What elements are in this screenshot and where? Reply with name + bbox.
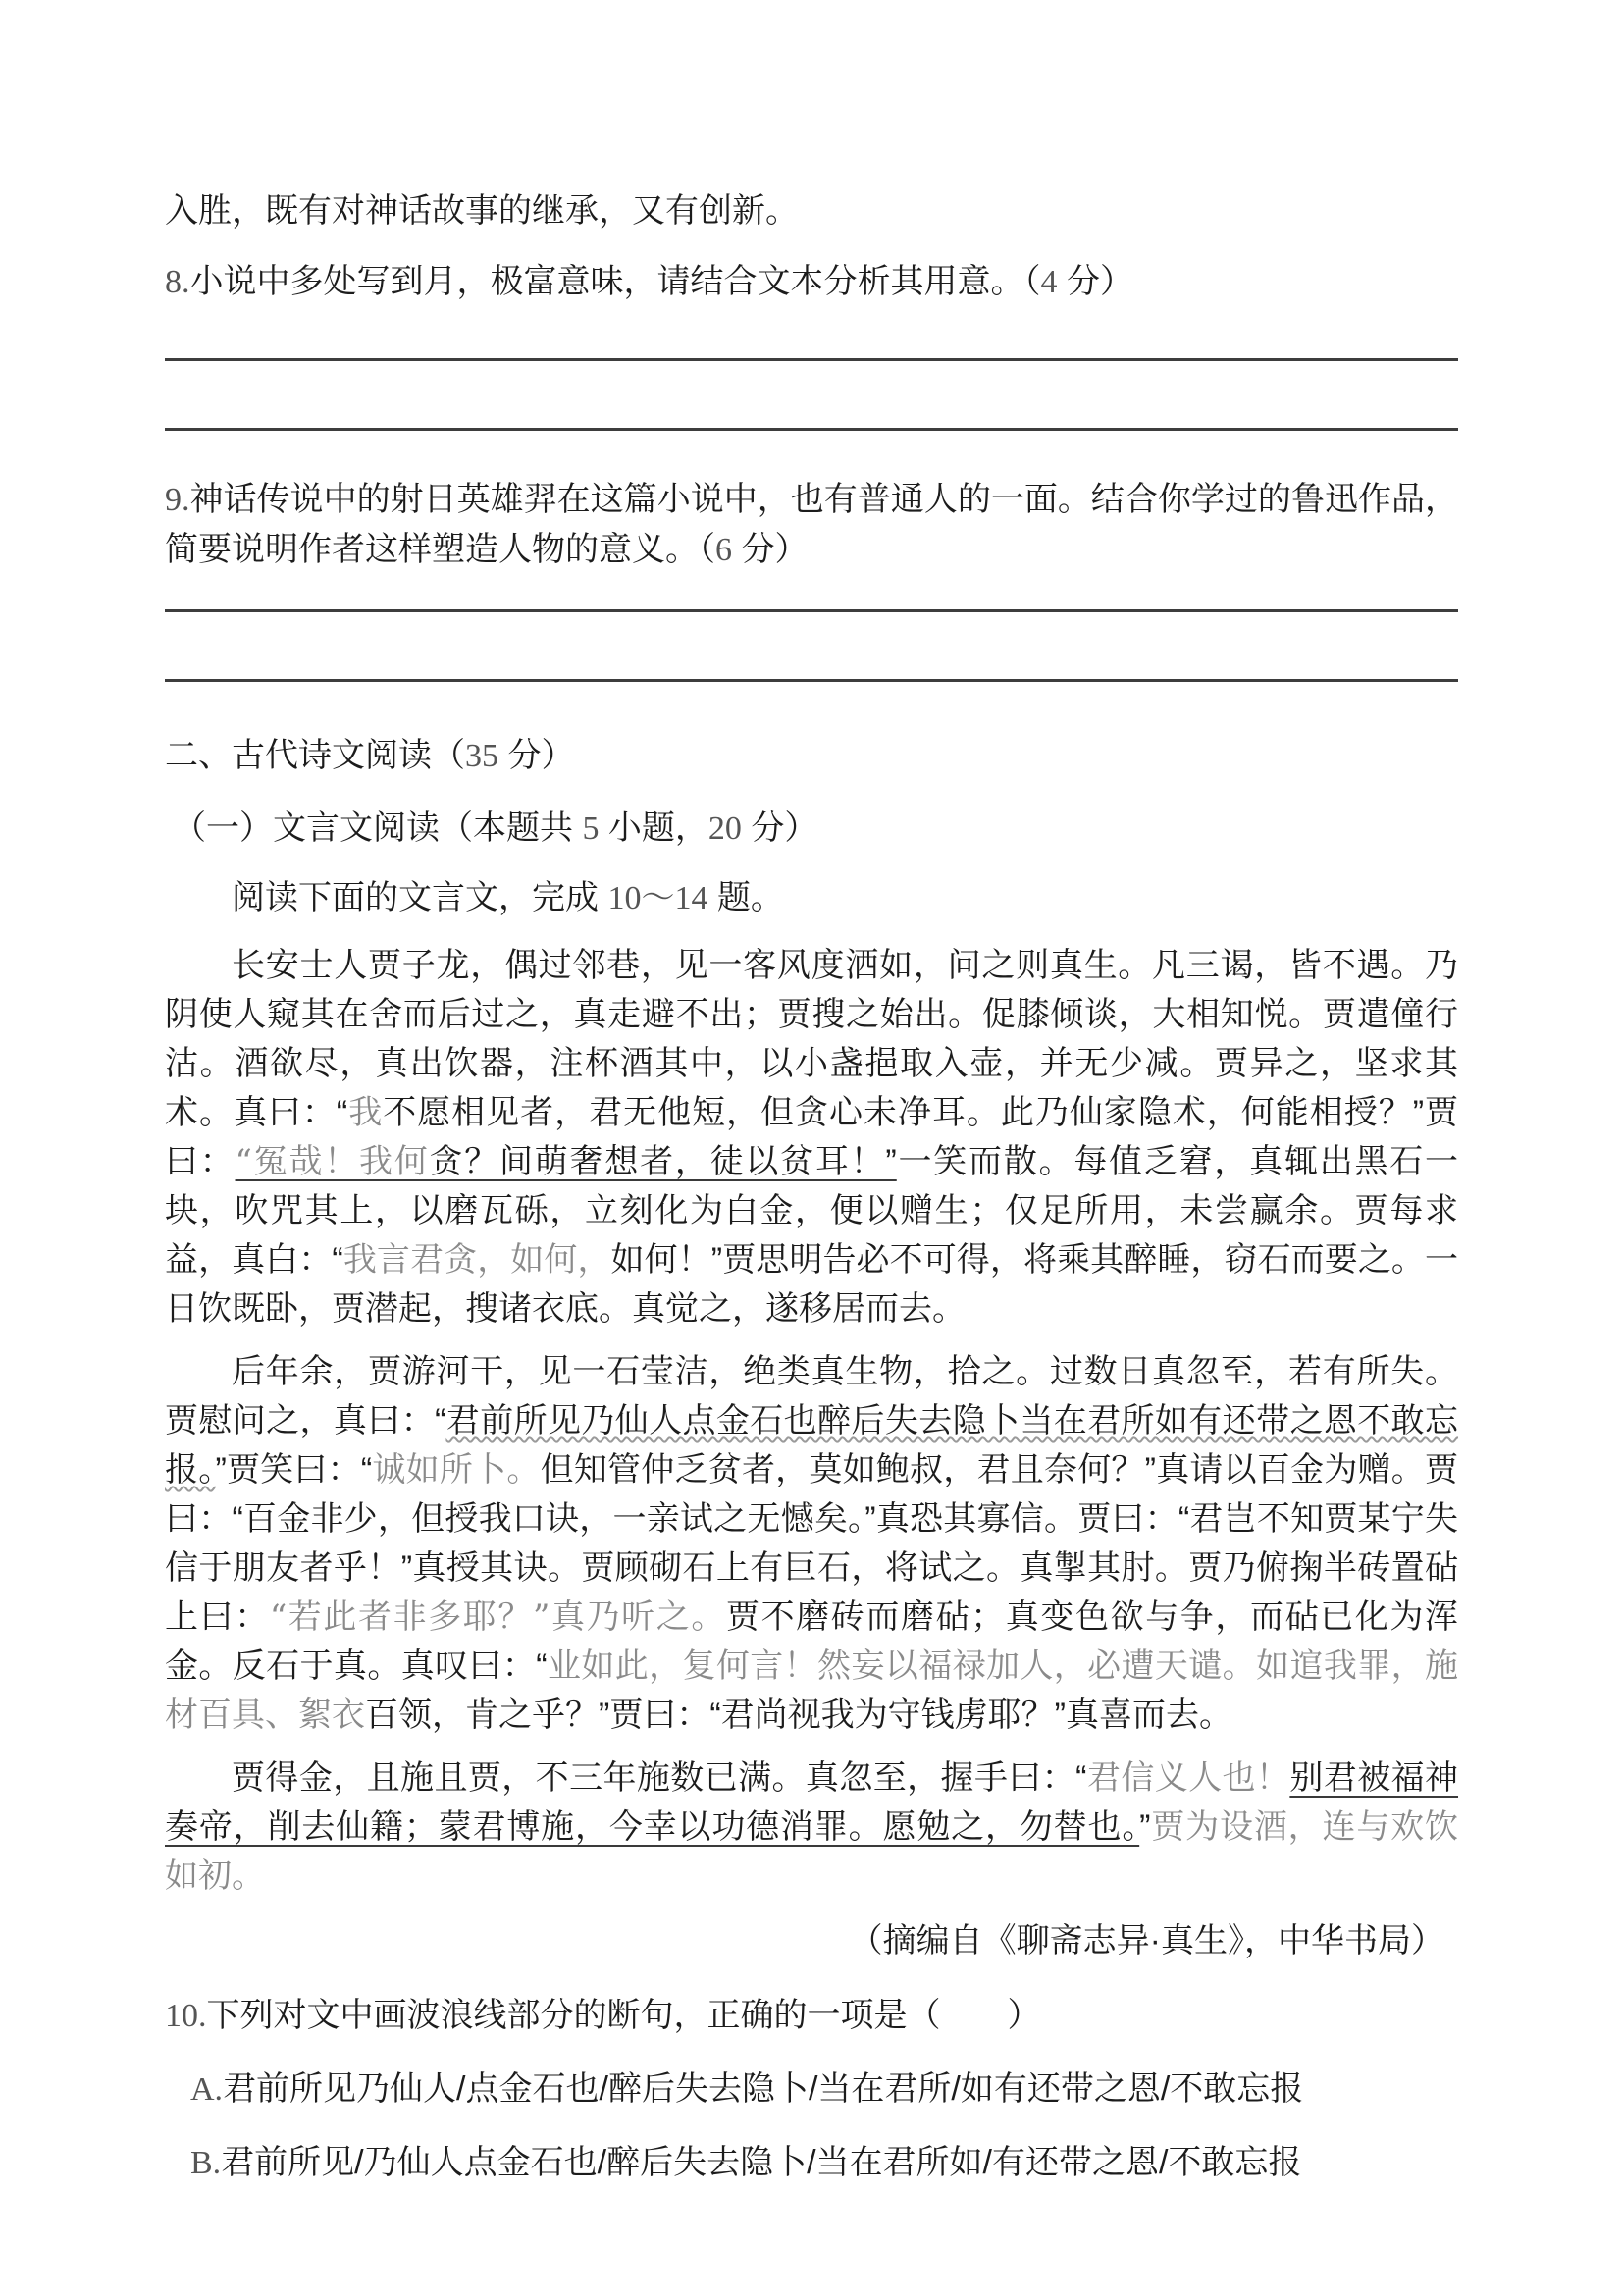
answer-line — [165, 358, 1458, 361]
passage-source: （摘编自《聊斋志异·真生》，中华书局） — [165, 1916, 1458, 1965]
question-10-option-a: A.君前所见乃仙人/点金石也/醉后失去隐卜/当在君所/如有还带之恩/不敢忘报 — [165, 2064, 1458, 2114]
text-run: 君信义人也！ — [1087, 1758, 1290, 1798]
text-run: 4 — [1041, 264, 1058, 300]
text-run: 35 — [465, 738, 498, 774]
text-run: 9. — [165, 482, 190, 518]
answer-line — [165, 428, 1458, 431]
passage-paragraph-3: 贾得金，且施且贾，不三年施数已满。真忽至，握手曰：“君信义人也！别君被福神奏帝，… — [165, 1753, 1458, 1901]
text-run: 10～14 — [607, 880, 707, 916]
text-run: 阅读下面的文言文，完成 — [232, 879, 607, 916]
text-run: 8. — [165, 264, 190, 300]
text-run: 入胜，既有对神话故事的继承，又有创新。 — [165, 192, 799, 230]
passage-paragraph-2: 后年余，贾游河干，见一石莹洁，绝类真生物，拾之。过数日真忽至，若有所失。贾慰问之… — [165, 1347, 1458, 1740]
passage-paragraph-1: 长安士人贾子龙，偶过邻巷，见一客风度洒如，问之则真生。凡三谒，皆不遇。乃阴使人窥… — [165, 941, 1458, 1333]
text-run: A. — [190, 2071, 223, 2108]
text-run: 分） — [1058, 263, 1133, 300]
text-run: “冤哉！我何 — [236, 1142, 430, 1181]
text-run: B. — [190, 2145, 221, 2181]
text-run: 5 — [582, 810, 599, 847]
subsection-heading: （一）文言文阅读（本题共 5 小题，20 分） — [165, 804, 1458, 854]
text-run: 二、古代诗文阅读（ — [165, 737, 465, 774]
text-run: 贾得金，且施且贾，不三年施数已满。真忽至，握手曰：“ — [232, 1759, 1087, 1797]
text-run: 诚如所卜。 — [372, 1450, 540, 1489]
text-run: 君前所见/乃仙人点金石也/醉后失去隐卜/当在君所如/有还带之恩/不敢忘报 — [221, 2144, 1301, 2181]
text-run: 下列对文中画波浪线部分的断句，正确的一项是（ ） — [207, 1997, 1041, 2034]
text-run: 20 — [708, 810, 742, 847]
section-heading: 二、古代诗文阅读（35 分） — [165, 731, 1458, 781]
question-9: 9.神话传说中的射日英雄羿在这篇小说中，也有普通人的一面。结合你学过的鲁迅作品，… — [165, 475, 1458, 575]
text-run: 分） — [742, 809, 817, 847]
text-run: 分） — [732, 531, 808, 568]
text-run: 6 — [715, 532, 732, 568]
text-run: ”贾笑曰：“ — [215, 1451, 372, 1488]
text-run: 贪？间萌奢想者，徒以贫耳！” — [430, 1143, 897, 1180]
text-run: 神话传说中的射日英雄羿在这篇小说中，也有普通人的一面。结合你学过的鲁迅作品，简要… — [165, 481, 1458, 568]
question-10-stem: 10.下列对文中画波浪线部分的断句，正确的一项是（ ） — [165, 1991, 1458, 2041]
answer-line — [165, 679, 1458, 682]
exam-page: 入胜，既有对神话故事的继承，又有创新。 8.小说中多处写到月，极富意味，请结合文… — [0, 0, 1623, 2296]
text-run: 百领，肯之乎？”贾曰：“君尚视我为守钱虏耶？”真喜而去。 — [365, 1696, 1232, 1734]
text-run: （一）文言文阅读（本题共 — [173, 809, 582, 847]
answer-line — [165, 609, 1458, 612]
text-run: 10. — [165, 1998, 207, 2034]
reading-instruction: 阅读下面的文言文，完成 10～14 题。 — [165, 873, 1458, 923]
question-10-option-b: B.君前所见/乃仙人点金石也/醉后失去隐卜/当在君所如/有还带之恩/不敢忘报 — [165, 2138, 1458, 2188]
text-run: 我 — [347, 1093, 383, 1132]
text-run: 我言君贪，如何， — [343, 1240, 611, 1279]
text-run: ” — [1139, 1808, 1150, 1846]
text-run: 小题， — [599, 809, 707, 847]
text-run: 分） — [498, 737, 574, 774]
text-run: 题。 — [707, 879, 783, 916]
question-8: 8.小说中多处写到月，极富意味，请结合文本分析其用意。（4 分） — [165, 257, 1458, 307]
intro-continuation-line: 入胜，既有对神话故事的继承，又有创新。 — [165, 186, 1458, 235]
text-run: “若此者非多耶？”真乃听之。 — [270, 1597, 726, 1637]
text-run: 君前所见乃仙人/点金石也/醉后失去隐卜/当在君所/如有还带之恩/不敢忘报 — [223, 2070, 1303, 2108]
text-run: 小说中多处写到月，极富意味，请结合文本分析其用意。（ — [190, 263, 1041, 300]
text-run: （摘编自《聊斋志异·真生》，中华书局） — [850, 1922, 1444, 1959]
